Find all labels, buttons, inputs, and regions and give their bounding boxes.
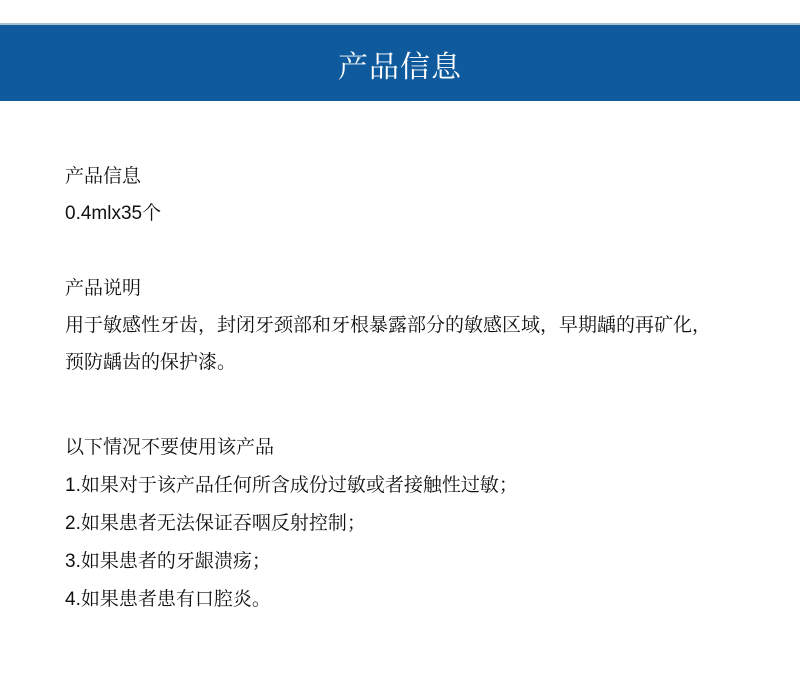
header-banner: 产品信息 [0,23,800,101]
product-description-heading: 产品说明 [65,270,745,307]
product-description-line: 用于敏感性牙齿，封闭牙颈部和牙根暴露部分的敏感区域，早期龋的再矿化， [65,307,745,344]
product-info-heading: 产品信息 [65,158,745,195]
product-spec: 0.4mlx35个 [65,195,745,232]
contraindications-heading: 以下情况不要使用该产品 [65,429,745,467]
contraindication-item: 2.如果患者无法保证吞咽反射控制； [65,505,745,543]
product-description-line: 预防龋齿的保护漆。 [65,344,745,381]
contraindication-item: 3.如果患者的牙龈溃疡； [65,543,745,581]
section-product-description: 产品说明 用于敏感性牙齿，封闭牙颈部和牙根暴露部分的敏感区域，早期龋的再矿化， … [65,270,745,381]
contraindication-item: 4.如果患者患有口腔炎。 [65,581,745,619]
product-info-page: 产品信息 产品信息 0.4mlx35个 产品说明 用于敏感性牙齿，封闭牙颈部和牙… [0,0,800,678]
content-area: 产品信息 0.4mlx35个 产品说明 用于敏感性牙齿，封闭牙颈部和牙根暴露部分… [0,158,800,619]
section-contraindications: 以下情况不要使用该产品 1.如果对于该产品任何所含成份过敏或者接触性过敏； 2.… [65,429,745,619]
section-product-info: 产品信息 0.4mlx35个 [65,158,745,232]
contraindication-item: 1.如果对于该产品任何所含成份过敏或者接触性过敏； [65,467,745,505]
page-title: 产品信息 [338,53,462,83]
